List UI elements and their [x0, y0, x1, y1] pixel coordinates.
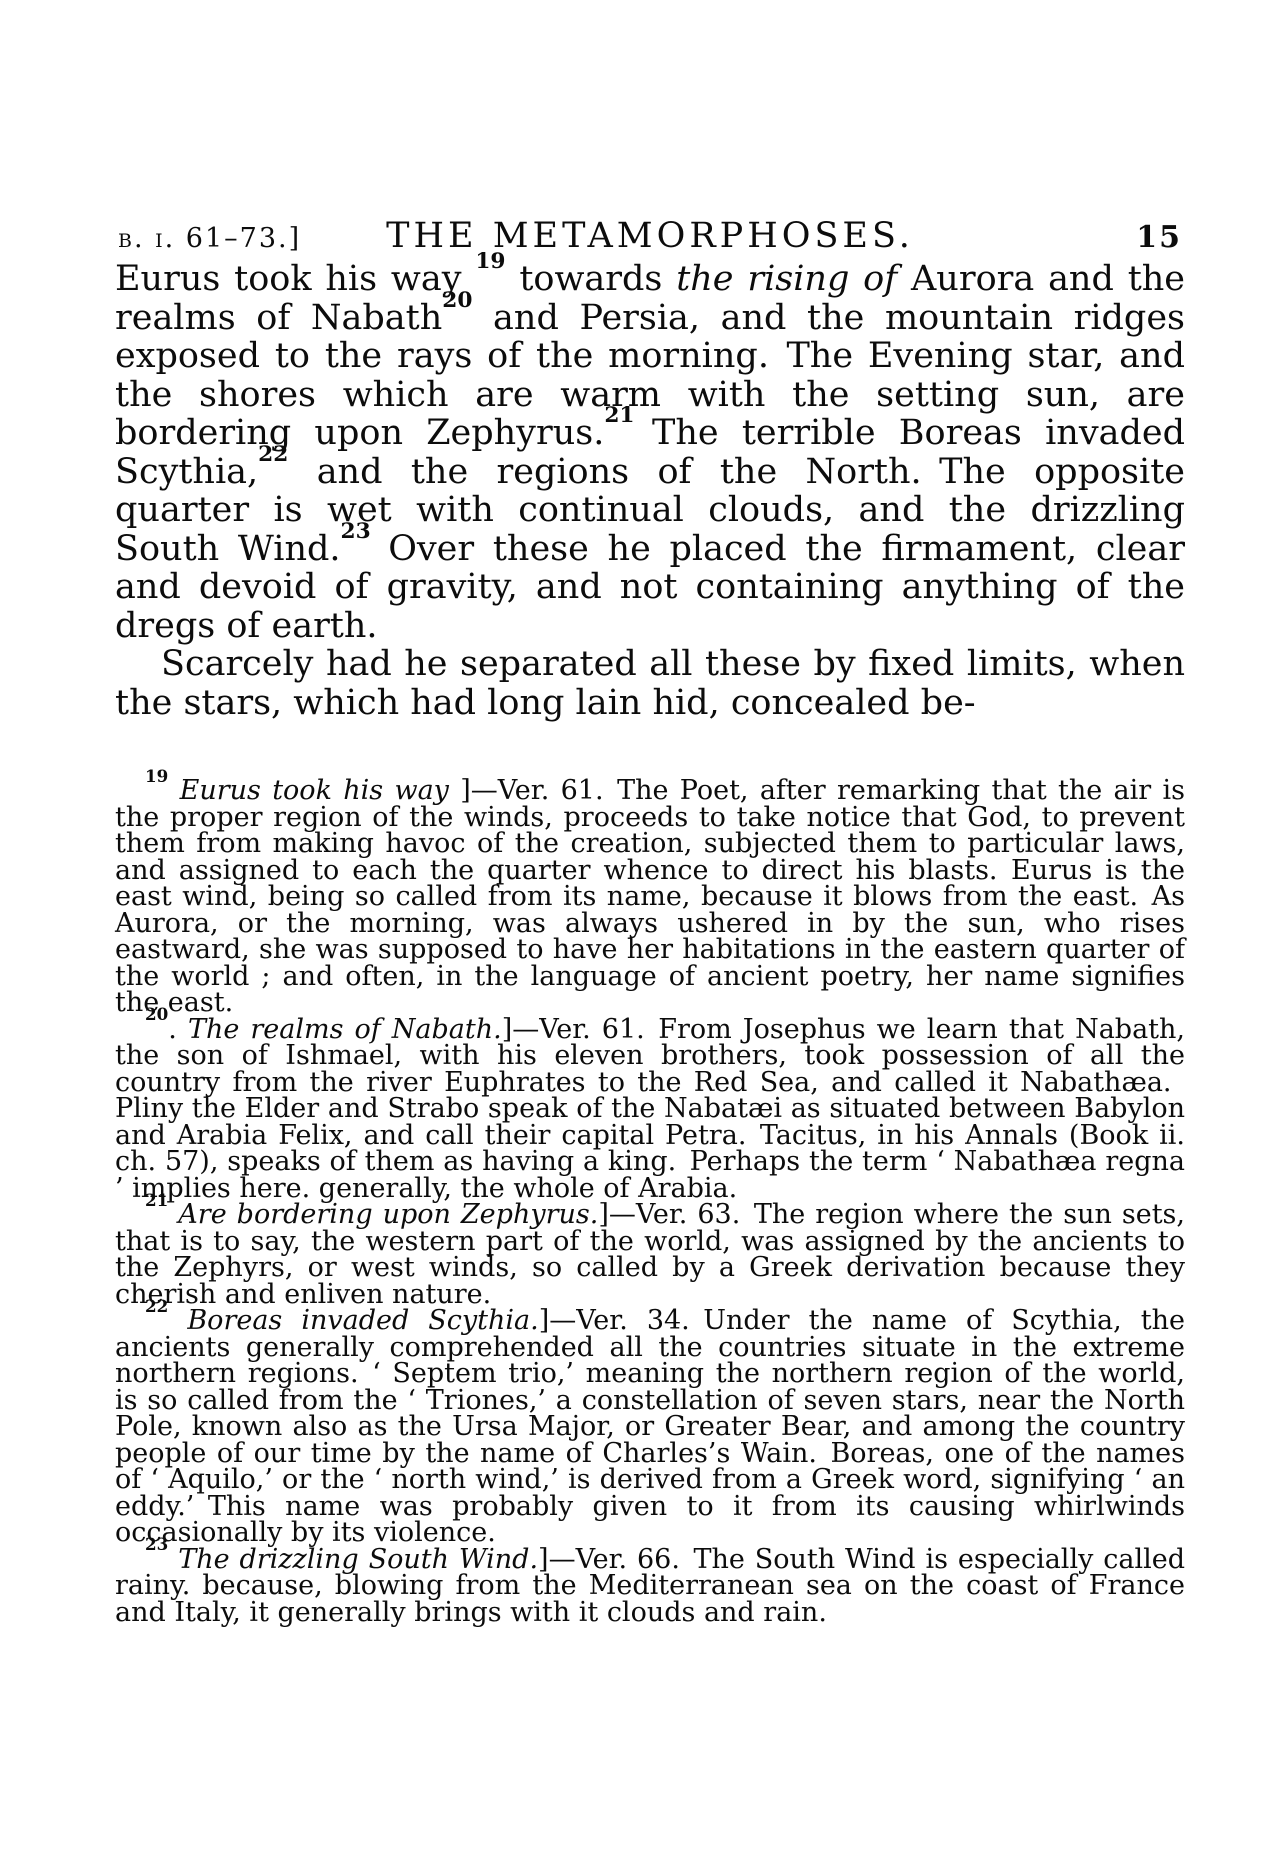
footnote-ref: 21	[145, 1190, 168, 1210]
book-page: b. i. 61–73.] THE METAMORPHOSES. 15 Euru…	[0, 0, 1278, 1869]
footnote-ref: 19	[145, 766, 168, 786]
footnote-ref: 23	[145, 1534, 168, 1554]
text-run: towards	[506, 259, 677, 299]
footnote-23: 23 The drizzling South Wind.]—Ver. 66. T…	[115, 1547, 1185, 1627]
footnote-19: 19 Eurus took his way ]—Ver. 61. The Poe…	[115, 778, 1185, 1017]
footnote-20: 20. The realms of Nabath.]—Ver. 61. From…	[115, 1017, 1185, 1203]
text-run: ]—Ver. 61. From Josephus we learn that N…	[115, 1014, 1185, 1204]
paragraph-winds: Eurus took his way 19 towards the rising…	[115, 260, 1185, 645]
footnote-ref: 21	[604, 403, 634, 428]
text-run: Eurus took his way	[115, 259, 475, 299]
text-run: ]—Ver. 34. Under the name of Scythia, th…	[115, 1305, 1185, 1548]
text-run: the rising of	[676, 259, 897, 299]
running-title: THE METAMORPHOSES.	[368, 216, 932, 256]
footnote-ref: 22	[258, 442, 288, 467]
footnote-ref: 22	[145, 1296, 168, 1316]
footnote-21: 21 Are bordering upon Zephyrus.]—Ver. 63…	[115, 1202, 1185, 1308]
page-number: 15	[932, 220, 1182, 255]
body-text: Eurus took his way 19 towards the rising…	[115, 260, 1185, 722]
paragraph-stars: Scarcely had he separated all these by f…	[115, 645, 1185, 722]
text-run: ]—Ver. 61. The Poet, after remarking tha…	[115, 775, 1185, 1018]
footnotes-section: 19 Eurus took his way ]—Ver. 61. The Poe…	[115, 778, 1185, 1626]
text-run: Scarcely had he separated all these by f…	[115, 644, 1185, 723]
footnote-22: 22 Boreas invaded Scythia.]—Ver. 34. Und…	[115, 1308, 1185, 1547]
book-verse-reference: b. i. 61–73.]	[118, 223, 368, 254]
footnote-ref: 23	[341, 519, 371, 544]
footnote-ref: 19	[475, 249, 505, 274]
footnote-ref: 20	[145, 1004, 168, 1024]
footnote-ref: 20	[442, 288, 472, 313]
page-header: b. i. 61–73.] THE METAMORPHOSES. 15	[118, 216, 1182, 256]
